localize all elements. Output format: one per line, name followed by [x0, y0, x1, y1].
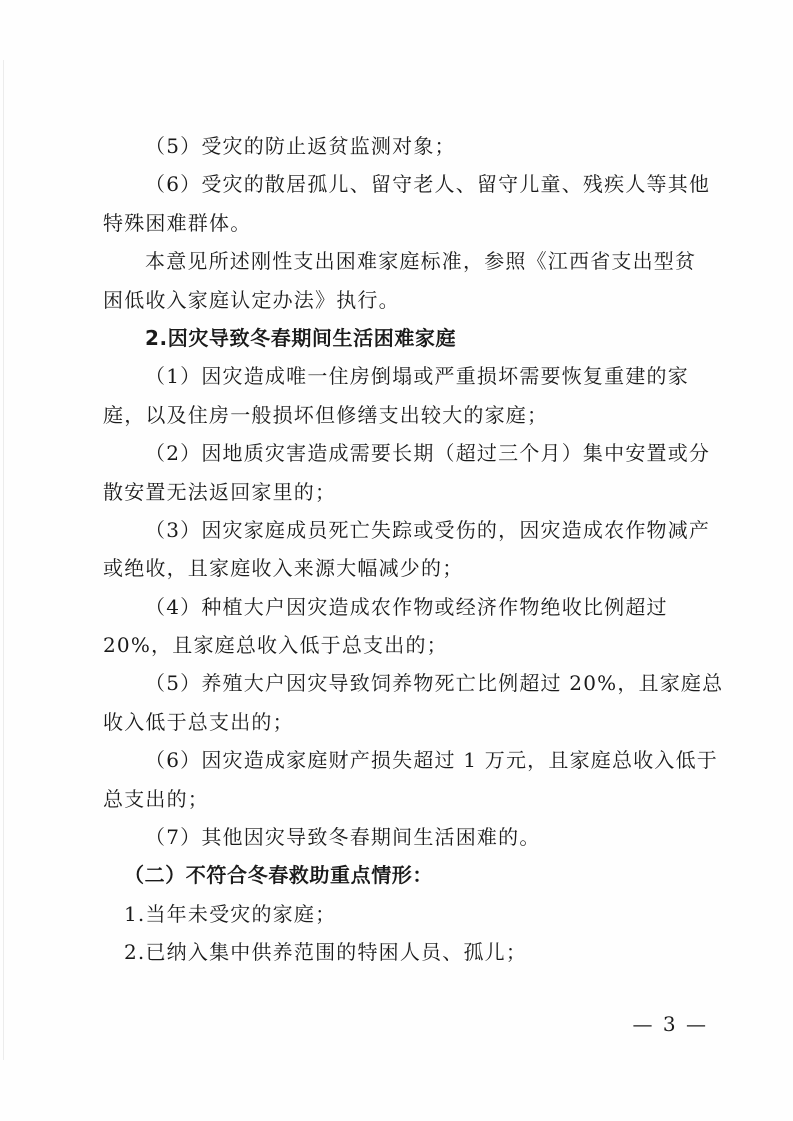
document-body: （5）受灾的防止返贫监测对象；（6）受灾的散居孤儿、留守老人、留守儿童、残疾人等… — [103, 127, 703, 972]
page-edge-shadow — [3, 60, 4, 1060]
paragraph-line: 困低收入家庭认定办法》执行。 — [103, 281, 703, 319]
paragraph-line: 1.当年未受灾的家庭； — [103, 895, 703, 933]
paragraph-line: （6）因灾造成家庭财产损失超过 1 万元，且家庭总收入低于 — [103, 741, 703, 779]
paragraph-line: 本意见所述刚性支出困难家庭标准，参照《江西省支出型贫 — [103, 242, 703, 280]
paragraph-line: 2.已纳入集中供养范围的特困人员、孤儿； — [103, 933, 703, 971]
paragraph-line: 总支出的； — [103, 780, 703, 818]
paragraph-line: 散安置无法返回家里的； — [103, 473, 703, 511]
paragraph-line: （2）因地质灾害造成需要长期（超过三个月）集中安置或分 — [103, 434, 703, 472]
paragraph-line: （1）因灾造成唯一住房倒塌或严重损坏需要恢复重建的家 — [103, 357, 703, 395]
document-page: （5）受灾的防止返贫监测对象；（6）受灾的散居孤儿、留守老人、留守儿童、残疾人等… — [0, 0, 793, 1121]
paragraph-line: 特殊困难群体。 — [103, 204, 703, 242]
paragraph-line: 庭，以及住房一般损坏但修缮支出较大的家庭； — [103, 396, 703, 434]
paragraph-line: （6）受灾的散居孤儿、留守老人、留守儿童、残疾人等其他 — [103, 165, 703, 203]
paragraph-line: 20%，且家庭总收入低于总支出的； — [103, 626, 703, 664]
paragraph-line: （5）养殖大户因灾导致饲养物死亡比例超过 20%，且家庭总 — [103, 664, 703, 702]
paragraph-line: 收入低于总支出的； — [103, 703, 703, 741]
section-heading: 2.因灾导致冬春期间生活困难家庭 — [103, 319, 703, 357]
paragraph-line: （3）因灾家庭成员死亡失踪或受伤的，因灾造成农作物减产 — [103, 511, 703, 549]
page-number: — 3 — — [618, 1012, 708, 1036]
paragraph-line: 或绝收，且家庭收入来源大幅减少的； — [103, 549, 703, 587]
paragraph-line: （4）种植大户因灾造成农作物或经济作物绝收比例超过 — [103, 588, 703, 626]
paragraph-line: （5）受灾的防止返贫监测对象； — [103, 127, 703, 165]
paragraph-line: （7）其他因灾导致冬春期间生活困难的。 — [103, 818, 703, 856]
section-heading: （二）不符合冬春救助重点情形： — [103, 856, 703, 894]
